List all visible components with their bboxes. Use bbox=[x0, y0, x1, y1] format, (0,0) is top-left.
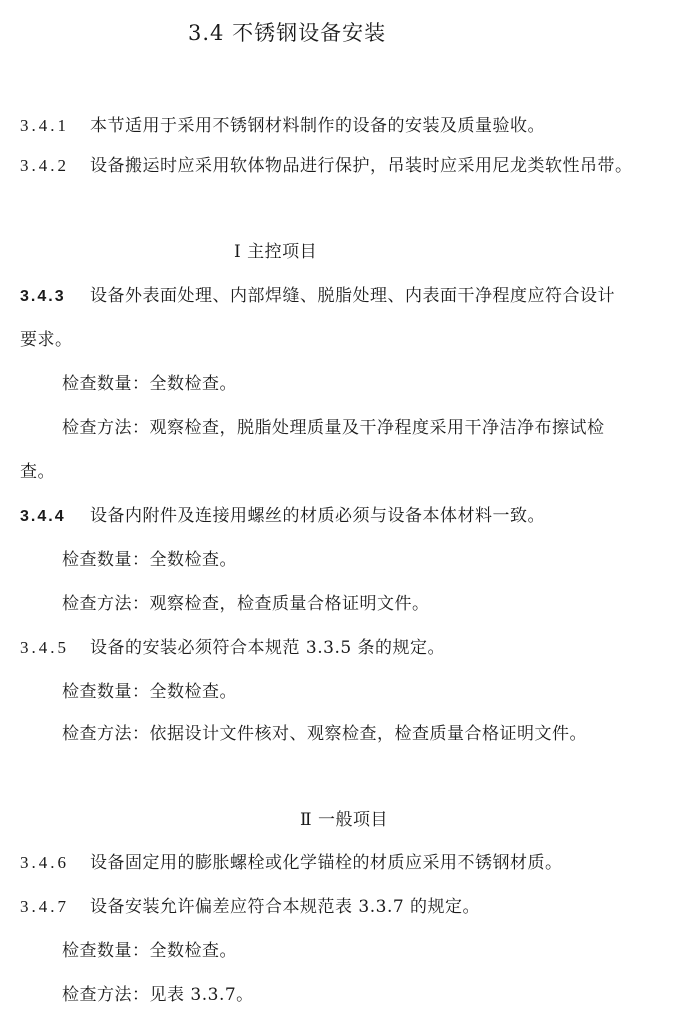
clause-text: 设备内附件及连接用螺丝的材质必须与设备本体材料一致。 bbox=[90, 506, 545, 526]
clause-3-4-6: 3.4.6设备固定用的膨胀螺栓或化学锚栓的材质应采用不锈钢材质。 bbox=[20, 853, 563, 873]
clause-3-4-7: 3.4.7设备安装允许偏差应符合本规范表 3.3.7 的规定。 bbox=[20, 897, 480, 917]
inspection-method: 检查方法：依据设计文件核对、观察检查，检查质量合格证明文件。 bbox=[62, 724, 587, 744]
clause-3-4-3-cont: 要求。 bbox=[20, 330, 73, 350]
clause-number: 3.4.1 bbox=[20, 116, 90, 136]
clause-text: 设备搬运时应采用软体物品进行保护，吊装时应采用尼龙类软性吊带。 bbox=[90, 156, 633, 176]
inspection-quantity: 检查数量：全数检查。 bbox=[62, 941, 237, 961]
clause-number: 3.4.2 bbox=[20, 156, 90, 176]
section-heading-general: Ⅱ 一般项目 bbox=[300, 810, 388, 830]
inspection-quantity: 检查数量：全数检查。 bbox=[62, 682, 237, 702]
clause-3-4-3: 3.4.3设备外表面处理、内部焊缝、脱脂处理、内表面干净程度应符合设计 bbox=[20, 286, 615, 307]
inspection-method: 检查方法：观察检查，脱脂处理质量及干净程度采用干净洁净布擦试检 bbox=[62, 418, 605, 438]
clause-text: 设备安装允许偏差应符合本规范表 3.3.7 的规定。 bbox=[90, 897, 480, 917]
clause-number: 3.4.3 bbox=[20, 287, 90, 307]
clause-3-4-5: 3.4.5设备的安装必须符合本规范 3.3.5 条的规定。 bbox=[20, 638, 445, 658]
clause-3-4-4: 3.4.4设备内附件及连接用螺丝的材质必须与设备本体材料一致。 bbox=[20, 506, 545, 527]
clause-number: 3.4.5 bbox=[20, 638, 90, 658]
clause-text: 设备外表面处理、内部焊缝、脱脂处理、内表面干净程度应符合设计 bbox=[90, 286, 615, 306]
section-heading-main-control: Ⅰ 主控项目 bbox=[234, 242, 317, 262]
inspection-method-cont: 查。 bbox=[20, 462, 55, 482]
clause-number: 3.4.4 bbox=[20, 507, 90, 527]
clause-text: 本节适用于采用不锈钢材料制作的设备的安装及质量验收。 bbox=[90, 116, 545, 136]
clause-text: 设备的安装必须符合本规范 3.3.5 条的规定。 bbox=[90, 638, 445, 658]
inspection-quantity: 检查数量：全数检查。 bbox=[62, 374, 237, 394]
inspection-method: 检查方法：见表 3.3.7。 bbox=[62, 985, 254, 1005]
clause-number: 3.4.6 bbox=[20, 853, 90, 873]
clause-3-4-2: 3.4.2设备搬运时应采用软体物品进行保护，吊装时应采用尼龙类软性吊带。 bbox=[20, 156, 633, 176]
inspection-quantity: 检查数量：全数检查。 bbox=[62, 550, 237, 570]
page-title: 3.4 不锈钢设备安装 bbox=[188, 20, 386, 46]
inspection-method: 检查方法：观察检查，检查质量合格证明文件。 bbox=[62, 594, 430, 614]
clause-3-4-1: 3.4.1本节适用于采用不锈钢材料制作的设备的安装及质量验收。 bbox=[20, 116, 545, 136]
clause-text: 设备固定用的膨胀螺栓或化学锚栓的材质应采用不锈钢材质。 bbox=[90, 853, 563, 873]
clause-number: 3.4.7 bbox=[20, 897, 90, 917]
